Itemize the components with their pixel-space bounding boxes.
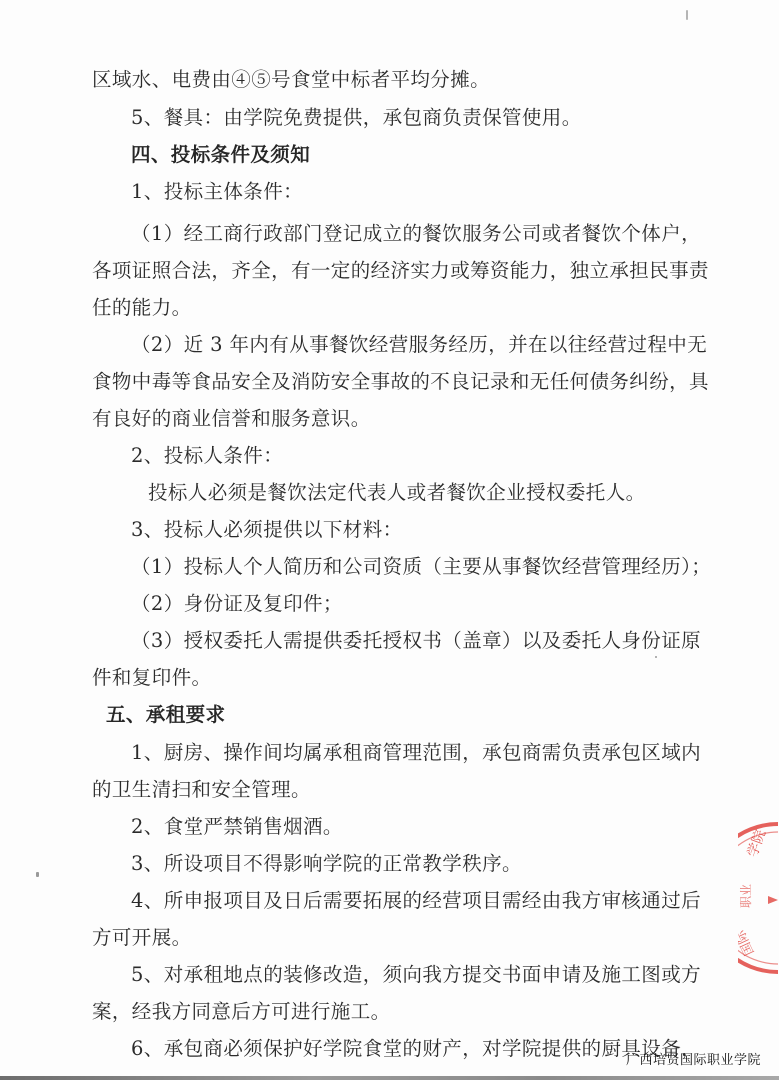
scan-speck — [36, 872, 39, 877]
doc-line-23: 4、所申报项目及日后需要拓展的经营项目需经由我方审核通过后 — [131, 889, 690, 913]
section-heading-4: 四、投标条件及须知 — [131, 143, 310, 167]
svg-text:职业: 职业 — [739, 884, 753, 908]
doc-line-2: 5、餐具：由学院免费提供，承包商负责保管使用。 — [131, 106, 582, 130]
doc-line-17: 件和复印件。 — [92, 666, 211, 690]
doc-line-7: 任的能力。 — [92, 296, 192, 320]
footer-watermark: 广西培贤国际职业学院 — [626, 1049, 761, 1068]
doc-line-14: （1）投标人个人简历和公司资质（主要从事餐饮经营管理经历）； — [131, 555, 690, 579]
doc-line-4: 1、投标主体条件： — [131, 180, 303, 204]
doc-line-16: （3）授权委托人需提供委托授权书（盖章）以及委托人身份证原 — [131, 629, 690, 653]
svg-text:学院: 学院 — [745, 828, 770, 860]
doc-line-27: 6、承包商必须保护好学院食堂的财产，对学院提供的厨具设备， — [131, 1037, 690, 1061]
doc-line-9: 食物中毒等食品安全及消防安全事故的不良记录和无任何债务纠纷，具 — [92, 370, 690, 394]
doc-line-22: 3、所设项目不得影响学院的正常教学秩序。 — [131, 852, 522, 876]
scan-speck — [686, 10, 688, 20]
doc-line-13: 3、投标人必须提供以下材料： — [131, 518, 403, 542]
scan-speck — [655, 656, 657, 658]
doc-line-26: 案，经我方同意后方可进行施工。 — [92, 1000, 391, 1024]
doc-line-20: 的卫生清扫和安全管理。 — [92, 778, 311, 802]
official-seal-icon: 学院 职业 国际 — [738, 818, 779, 978]
doc-line-24: 方可开展。 — [92, 926, 192, 950]
doc-line-5: （1）经工商行政部门登记成立的餐饮服务公司或者餐饮个体户， — [131, 222, 690, 246]
doc-line-6: 各项证照合法，齐全，有一定的经济实力或筹资能力，独立承担民事责 — [92, 259, 690, 283]
doc-line-19: 1、厨房、操作间均属承租商管理范围，承包商需负责承包区域内 — [131, 741, 690, 765]
doc-line-15: （2）身份证及复印件； — [131, 592, 343, 616]
doc-line-25: 5、对承租地点的装修改造，须向我方提交书面申请及施工图或方 — [131, 963, 690, 987]
scan-edge-bar — [0, 1076, 779, 1080]
doc-line-10: 有良好的商业信誉和服务意识。 — [92, 407, 371, 431]
scanned-document-page: 区域水、电费由④⑤号食堂中标者平均分摊。 5、餐具：由学院免费提供，承包商负责保… — [0, 0, 779, 1080]
doc-line-12: 投标人必须是餐饮法定代表人或者餐饮企业授权委托人。 — [148, 481, 646, 505]
doc-line-8: （2）近 3 年内有从事餐饮经营服务经历，并在以往经营过程中无 — [131, 333, 690, 357]
svg-text:国际: 国际 — [738, 927, 758, 958]
doc-line-21: 2、食堂严禁销售烟酒。 — [131, 815, 343, 839]
doc-line-1: 区域水、电费由④⑤号食堂中标者平均分摊。 — [92, 68, 490, 92]
doc-line-11: 2、投标人条件： — [131, 444, 283, 468]
section-heading-5: 五、承租要求 — [106, 703, 225, 727]
